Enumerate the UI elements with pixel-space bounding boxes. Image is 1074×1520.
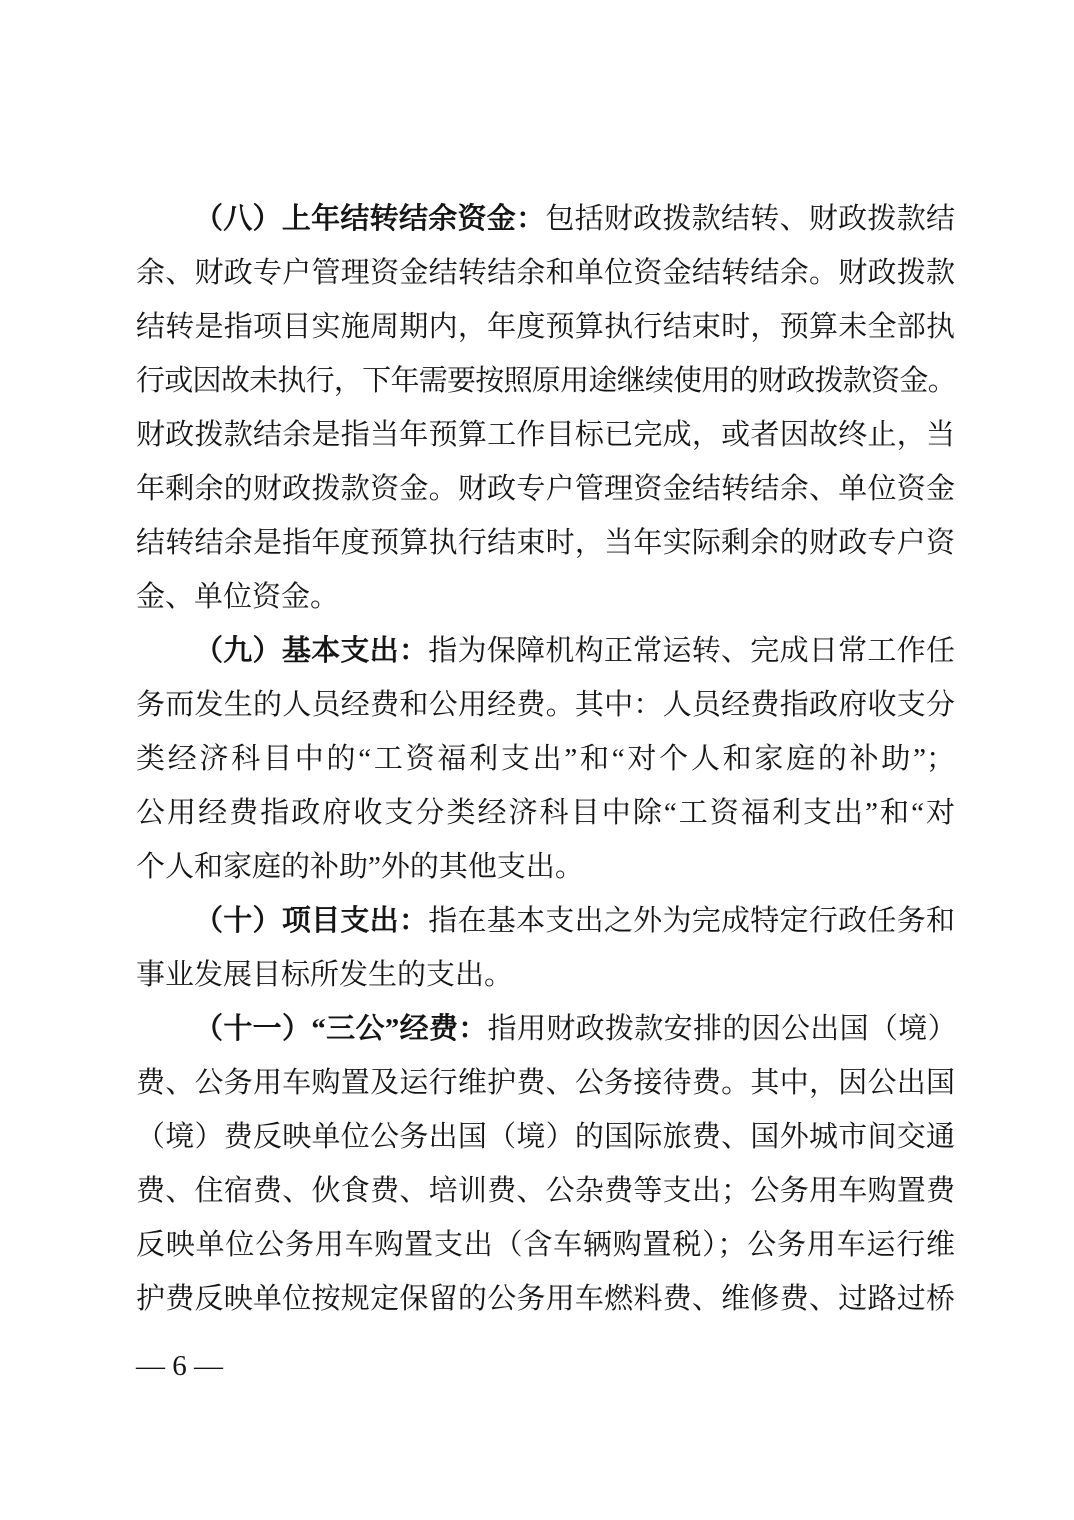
text-line: 个人和家庭的补助”外的其他支出。 bbox=[136, 840, 955, 894]
text-line: （十一）“三公”经费：指用财政拨款安排的因公出国（境） bbox=[136, 1002, 955, 1056]
text-line: 费、公务用车购置及运行维护费、公务接待费。其中，因公出国 bbox=[136, 1056, 955, 1110]
text-line: 事业发展目标所发生的支出。 bbox=[136, 948, 955, 1002]
paragraph-10: （十）项目支出：指在基本支出之外为完成特定行政任务和 事业发展目标所发生的支出。 bbox=[136, 894, 955, 1002]
text-line: （八）上年结转结余资金：包括财政拨款结转、财政拨款结 bbox=[136, 192, 955, 246]
text-line: 类经济科目中的“工资福利支出”和“对个人和家庭的补助”； bbox=[136, 732, 955, 786]
text-line: 公用经费指政府收支分类经济科目中除“工资福利支出”和“对 bbox=[136, 786, 955, 840]
text-line: （九）基本支出：指为保障机构正常运转、完成日常工作任 bbox=[136, 624, 955, 678]
document-page: （八）上年结转结余资金：包括财政拨款结转、财政拨款结 余、财政专户管理资金结转结… bbox=[0, 0, 1074, 1520]
text-line: 结转结余是指年度预算执行结束时，当年实际剩余的财政专户资 bbox=[136, 516, 955, 570]
text-line: 年剩余的财政拨款资金。财政专户管理资金结转结余、单位资金 bbox=[136, 462, 955, 516]
text-line: 护费反映单位按规定保留的公务用车燃料费、维修费、过路过桥 bbox=[136, 1272, 955, 1326]
paragraph-8: （八）上年结转结余资金：包括财政拨款结转、财政拨款结 余、财政专户管理资金结转结… bbox=[136, 192, 955, 624]
paragraph-text: 包括财政拨款结转、财政拨款结 bbox=[545, 203, 955, 235]
page-number: — 6 — bbox=[136, 1344, 223, 1388]
text-line: 余、财政专户管理资金结转结余和单位资金结转结余。财政拨款 bbox=[136, 246, 955, 300]
text-line: 务而发生的人员经费和公用经费。其中：人员经费指政府收支分 bbox=[136, 678, 955, 732]
paragraph-text: 指为保障机构正常运转、完成日常工作任 bbox=[428, 635, 955, 667]
text-line: 金、单位资金。 bbox=[136, 570, 955, 624]
text-line: 行或因故未执行，下年需要按照原用途继续使用的财政拨款资金。 bbox=[136, 354, 955, 408]
text-line: 费、住宿费、伙食费、培训费、公杂费等支出；公务用车购置费 bbox=[136, 1164, 955, 1218]
paragraph-11: （十一）“三公”经费：指用财政拨款安排的因公出国（境） 费、公务用车购置及运行维… bbox=[136, 1002, 955, 1326]
text-line: （十）项目支出：指在基本支出之外为完成特定行政任务和 bbox=[136, 894, 955, 948]
paragraph-lead: （八）上年结转结余资金： bbox=[194, 203, 545, 235]
paragraph-9: （九）基本支出：指为保障机构正常运转、完成日常工作任 务而发生的人员经费和公用经… bbox=[136, 624, 955, 894]
paragraph-lead: （十）项目支出： bbox=[194, 905, 428, 937]
paragraph-lead: （十一）“三公”经费： bbox=[194, 1013, 488, 1045]
paragraph-text: 指在基本支出之外为完成特定行政任务和 bbox=[428, 905, 955, 937]
document-text: （八）上年结转结余资金：包括财政拨款结转、财政拨款结 余、财政专户管理资金结转结… bbox=[136, 192, 955, 1326]
text-line: （境）费反映单位公务出国（境）的国际旅费、国外城市间交通 bbox=[136, 1110, 955, 1164]
text-line: 结转是指项目实施周期内，年度预算执行结束时，预算未全部执 bbox=[136, 300, 955, 354]
text-line: 财政拨款结余是指当年预算工作目标已完成，或者因故终止，当 bbox=[136, 408, 955, 462]
paragraph-lead: （九）基本支出： bbox=[194, 635, 428, 667]
text-line: 反映单位公务用车购置支出（含车辆购置税）；公务用车运行维 bbox=[136, 1218, 955, 1272]
paragraph-text: 指用财政拨款安排的因公出国（境） bbox=[488, 1013, 955, 1045]
